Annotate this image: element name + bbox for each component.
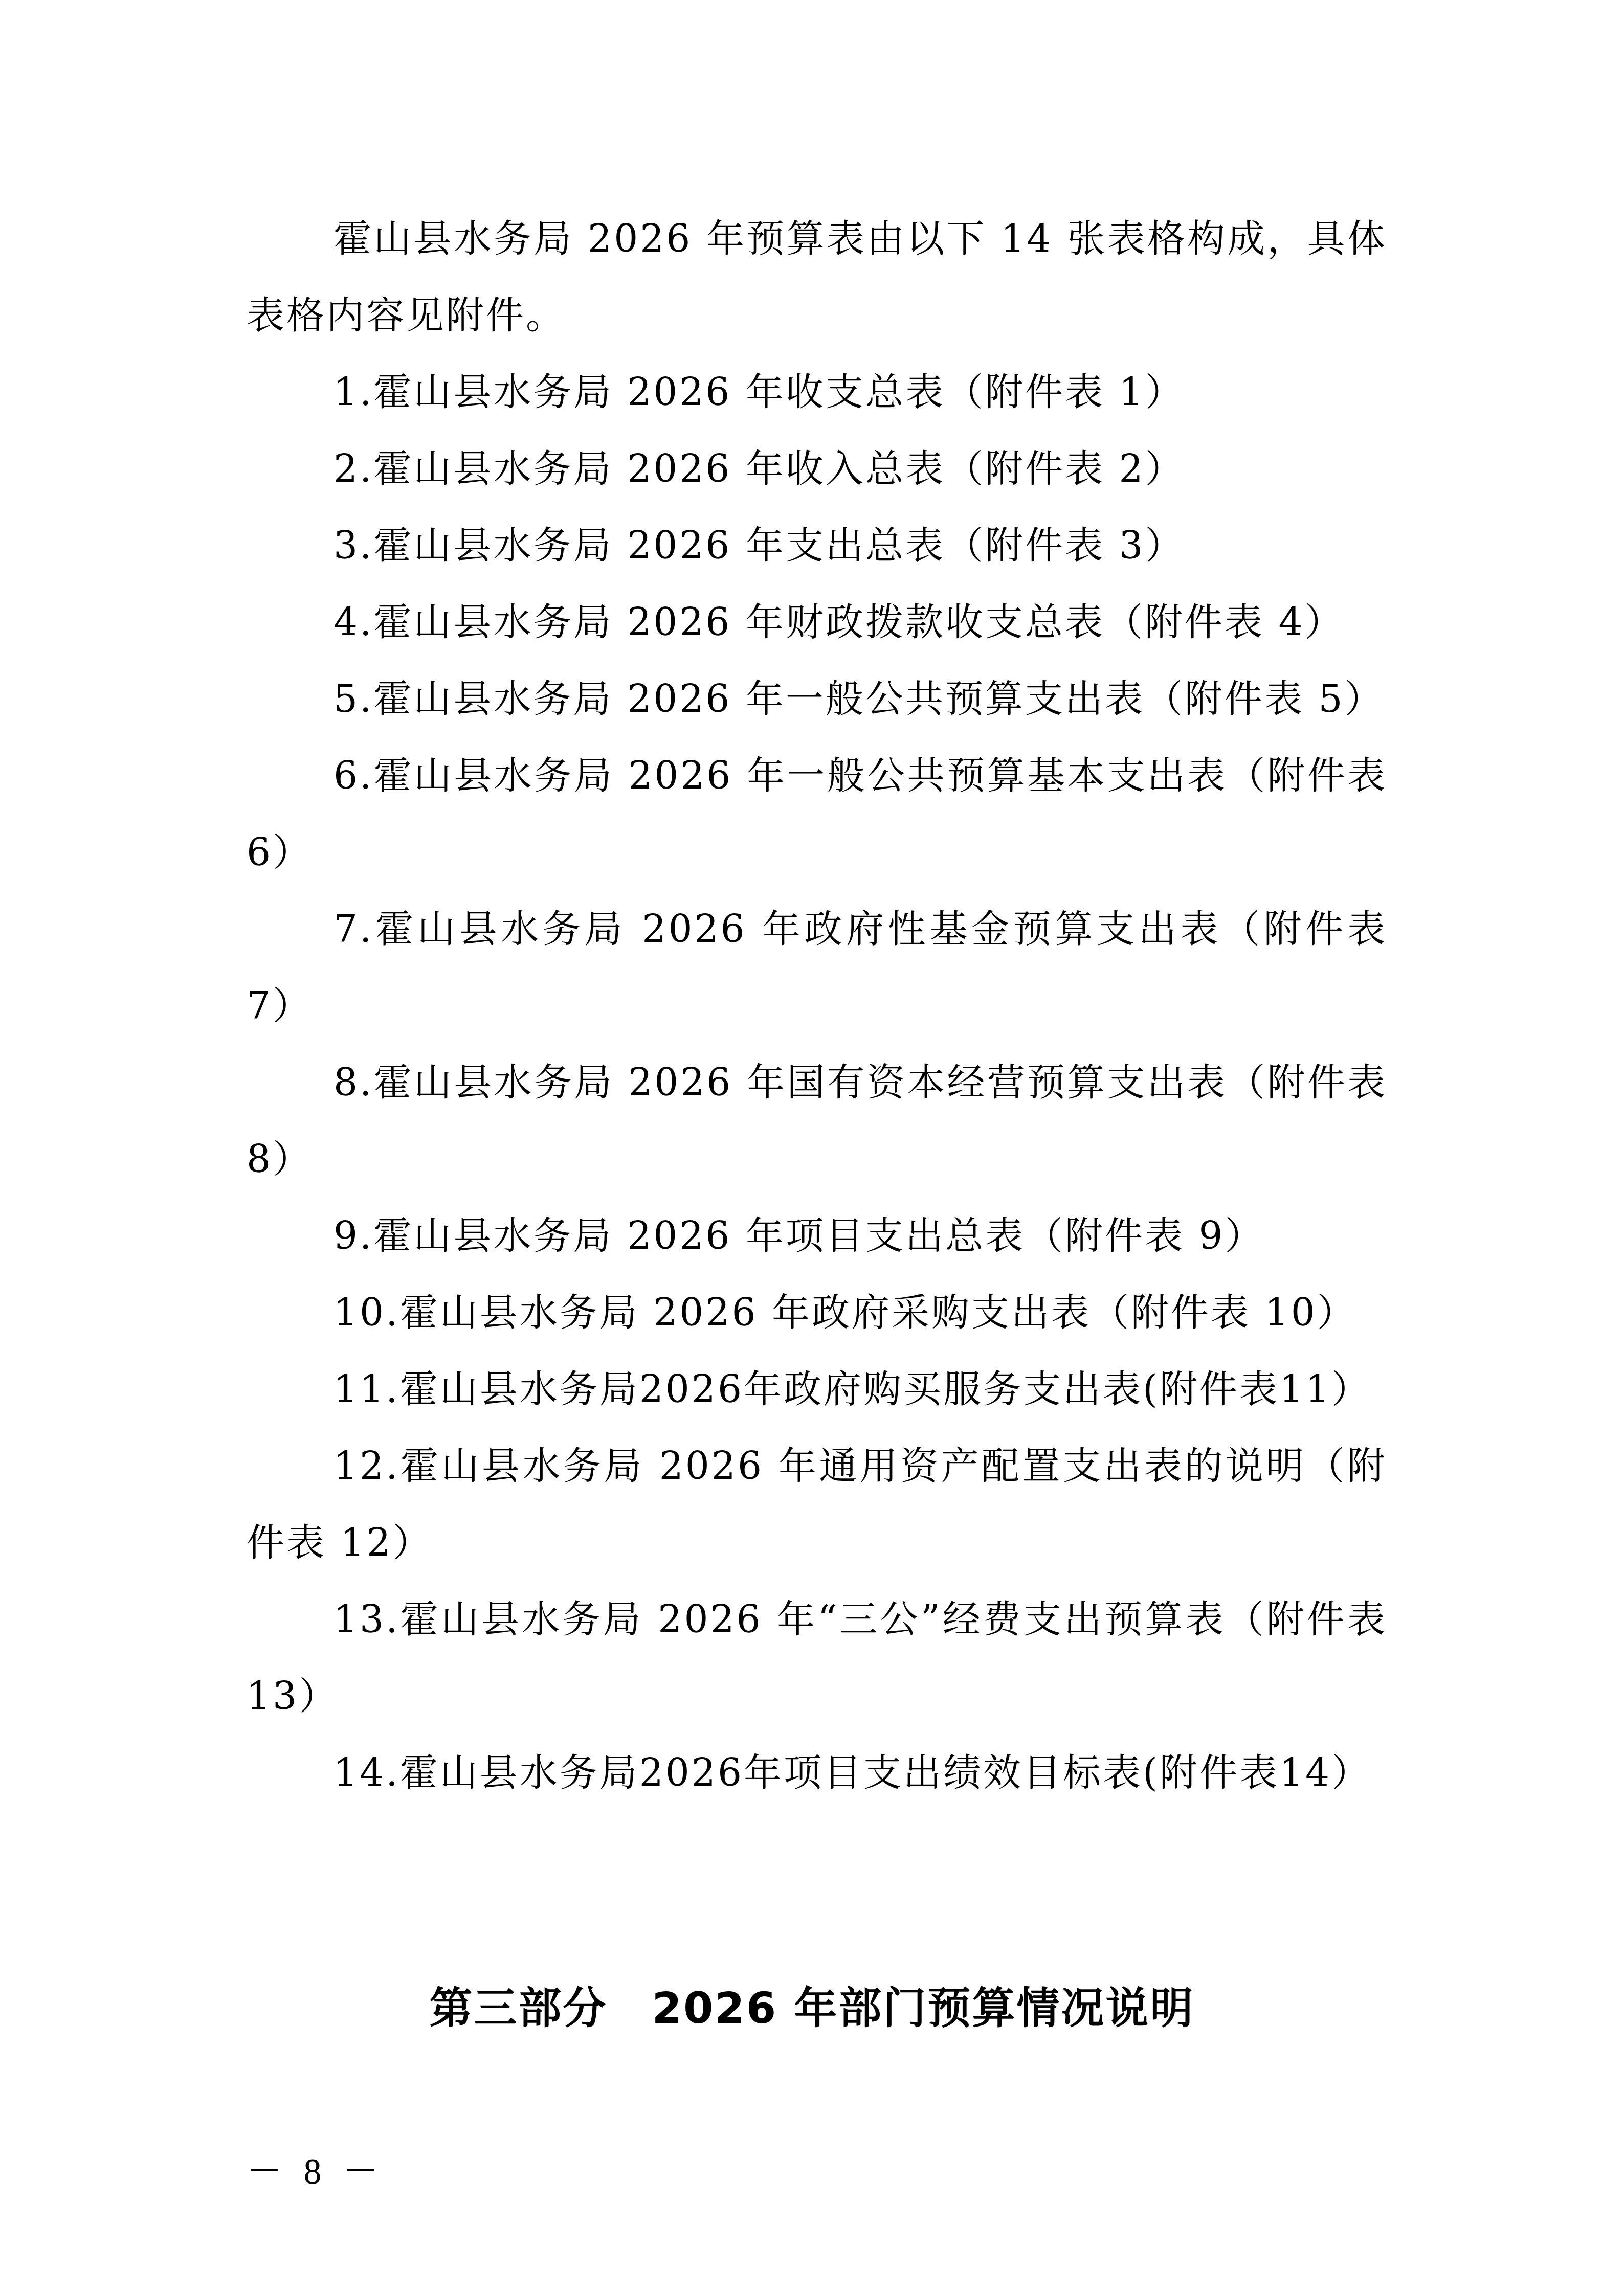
list-item: 7.霍山县水务局 2026 年政府性基金预算支出表（附件表 7） [247,891,1387,1044]
list-item: 11.霍山县水务局2026年政府购买服务支出表(附件表11） [247,1351,1387,1428]
list-item: 4.霍山县水务局 2026 年财政拨款收支总表（附件表 4） [247,584,1387,661]
list-item: 14.霍山县水务局2026年项目支出绩效目标表(附件表14） [247,1735,1387,1811]
list-item: 3.霍山县水务局 2026 年支出总表（附件表 3） [247,507,1387,584]
list-item: 2.霍山县水务局 2026 年收入总表（附件表 2） [247,431,1387,507]
list-item: 13.霍山县水务局 2026 年“三公”经费支出预算表（附件表 13） [247,1581,1387,1735]
list-item: 1.霍山县水务局 2026 年收支总表（附件表 1） [247,354,1387,431]
document-page: { "intro": { "text": "霍山县水务局 2026 年预算表由以… [0,0,1624,2296]
intro-paragraph: 霍山县水务局 2026 年预算表由以下 14 张表格构成，具体表格内容见附件。 [247,200,1387,354]
list-item: 5.霍山县水务局 2026 年一般公共预算支出表（附件表 5） [247,661,1387,737]
list-item: 6.霍山县水务局 2026 年一般公共预算基本支出表（附件表 6） [247,737,1387,891]
list-item: 10.霍山县水务局 2026 年政府采购支出表（附件表 10） [247,1274,1387,1351]
list-item: 8.霍山县水务局 2026 年国有资本经营预算支出表（附件表 8） [247,1044,1387,1198]
body-text: 霍山县水务局 2026 年预算表由以下 14 张表格构成，具体表格内容见附件。 … [247,200,1387,1811]
list-item: 9.霍山县水务局 2026 年项目支出总表（附件表 9） [247,1198,1387,1274]
list-item: 12.霍山县水务局 2026 年通用资产配置支出表的说明（附件表 12） [247,1428,1387,1581]
page-number: － 8 － [247,2143,385,2194]
section-heading: 第三部分 2026 年部门预算情况说明 [0,1974,1624,2036]
